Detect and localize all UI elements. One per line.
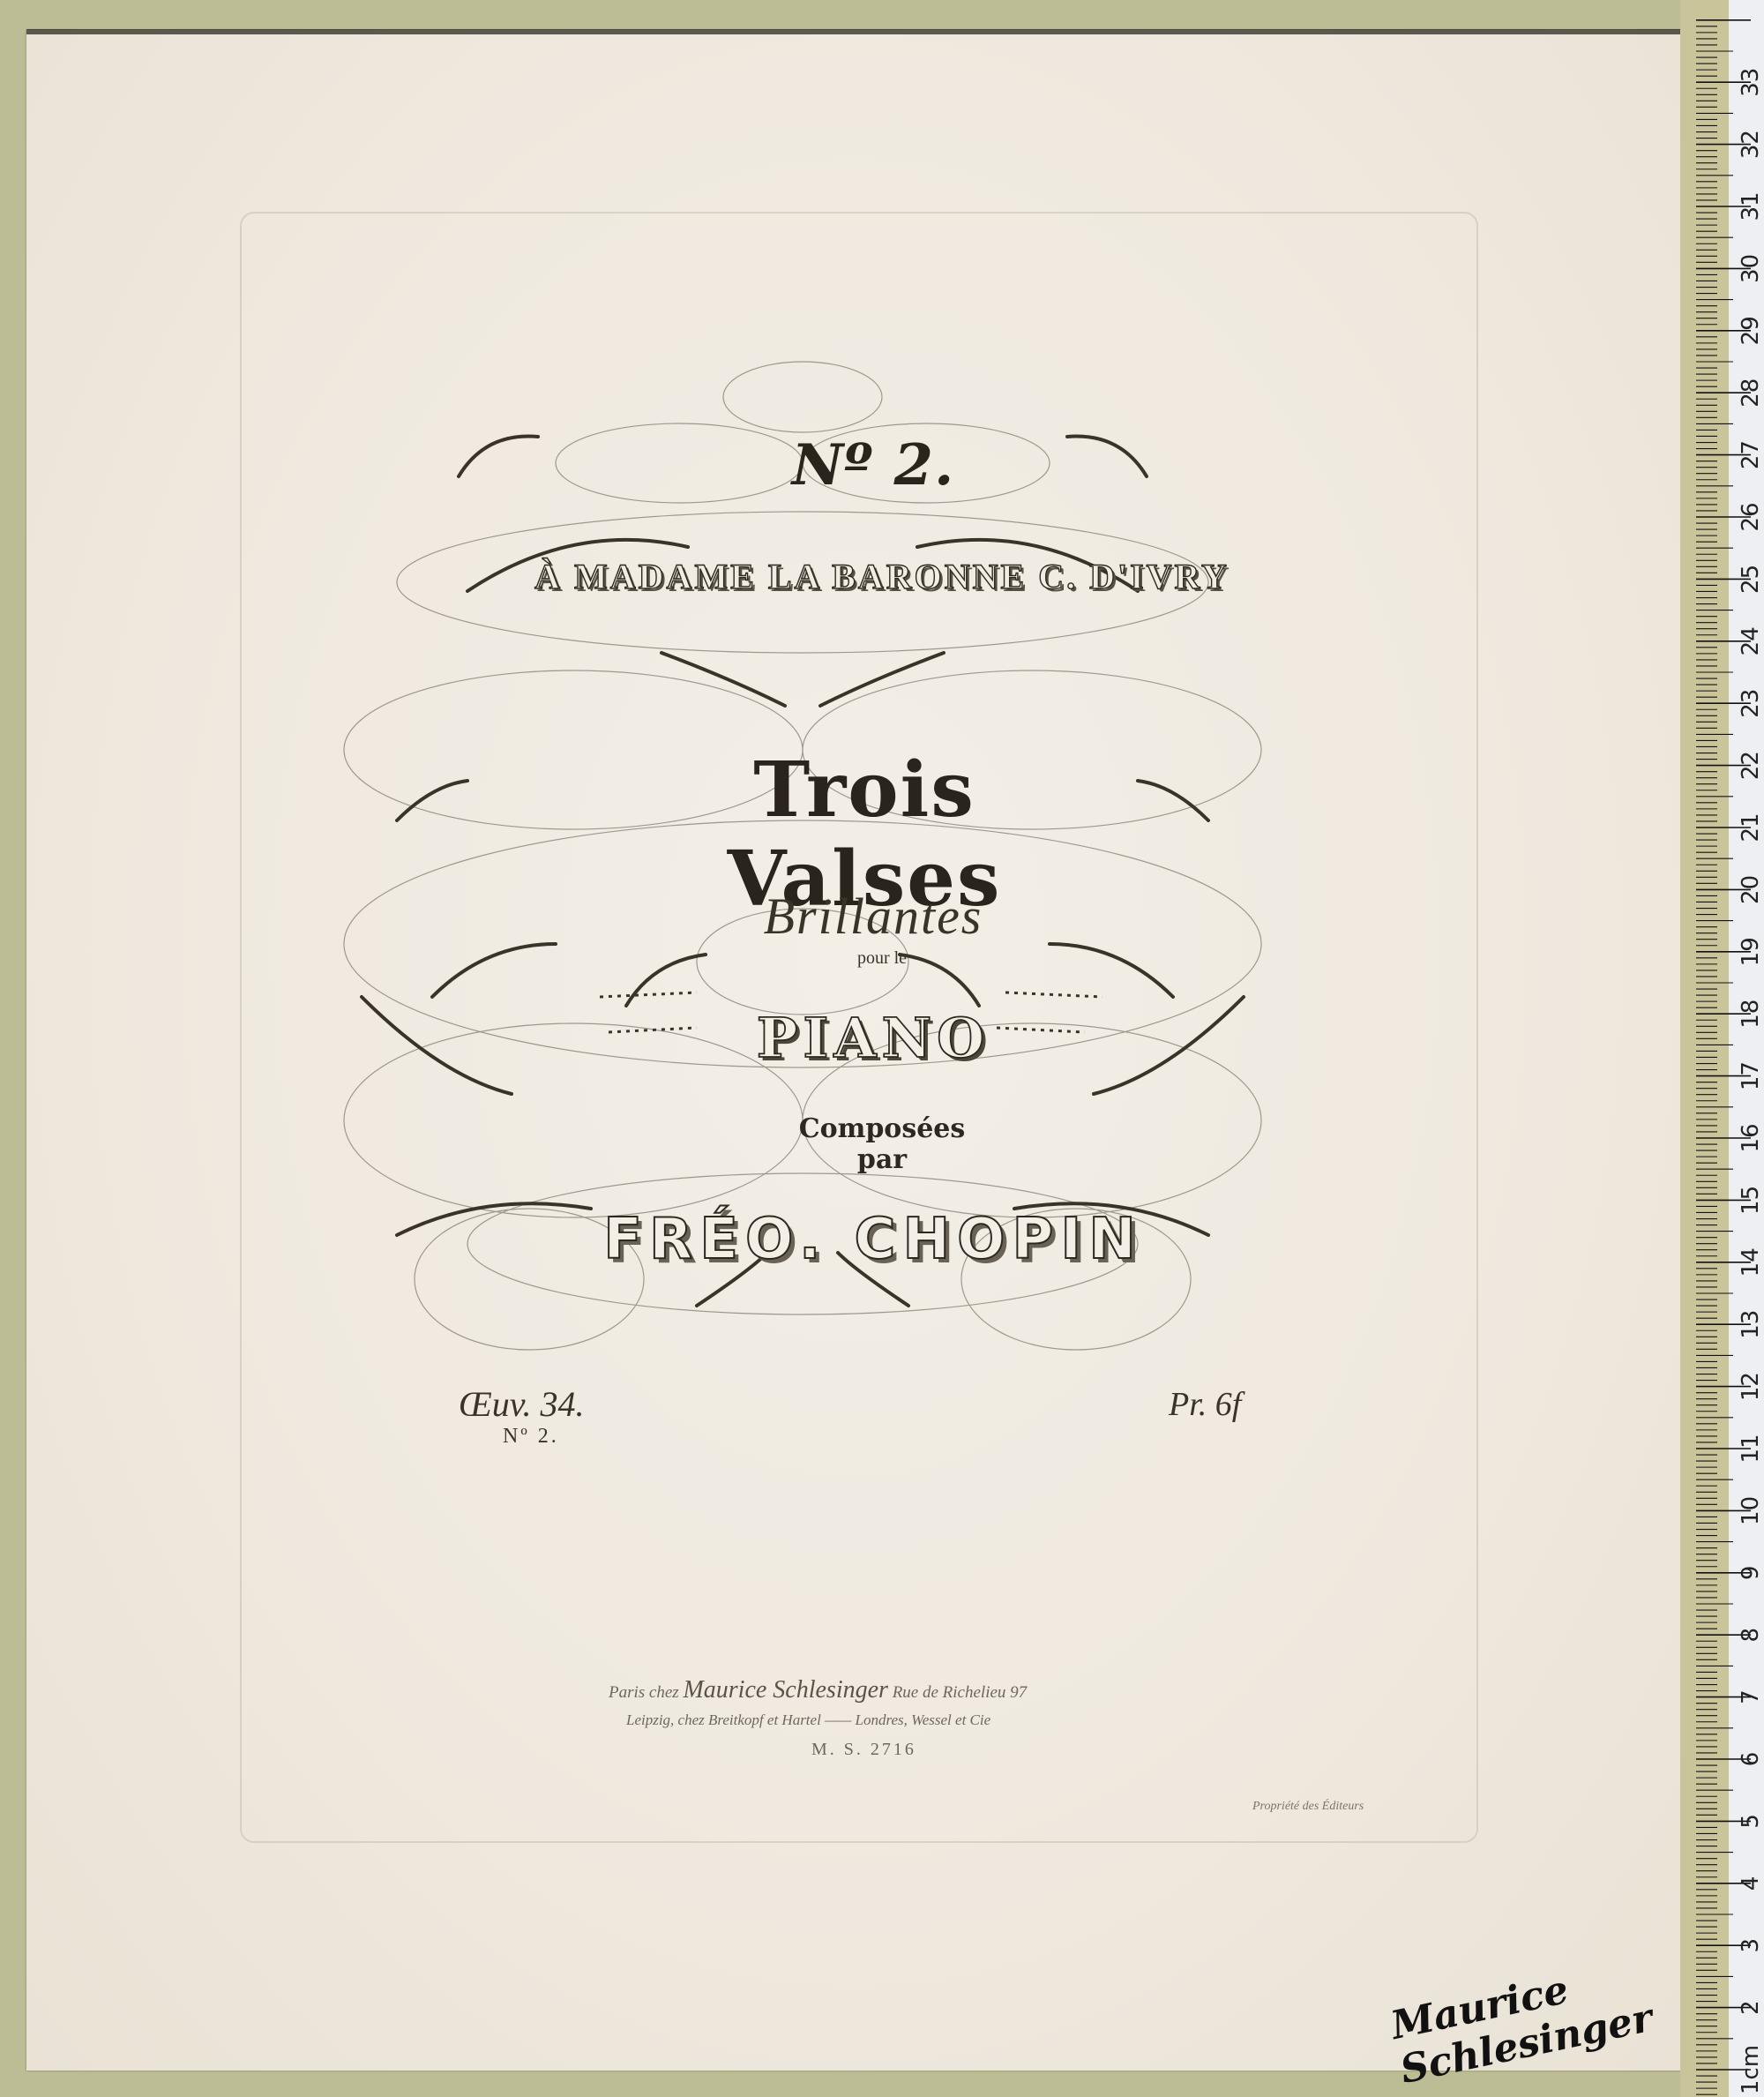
- ruler-number: 13: [1738, 1310, 1764, 1339]
- ruler-number: 22: [1738, 751, 1764, 780]
- ruler-number: 16: [1738, 1123, 1764, 1152]
- ruler-number: 20: [1738, 875, 1764, 904]
- rights-notice: Propriété des Éditeurs: [1252, 1800, 1429, 1814]
- plate-number: M. S. 2716: [811, 1740, 935, 1760]
- ruler-number: 12: [1738, 1372, 1764, 1401]
- paper-top-edge: [26, 29, 1683, 34]
- ruler-number: 9: [1738, 1566, 1764, 1581]
- publisher-line-2: Leipzig, chez Breitkopf et Hartel —— Lon…: [626, 1711, 1173, 1729]
- ruler-number: 23: [1738, 689, 1764, 718]
- publisher-line-1: Paris chez Maurice Schlesinger Rue de Ri…: [609, 1676, 1182, 1704]
- ruler-number: 3: [1738, 1938, 1764, 1953]
- ruler-number: 2: [1738, 2000, 1764, 2015]
- ruler-number: 18: [1738, 1000, 1764, 1029]
- ruler-number: 15: [1738, 1186, 1764, 1215]
- publisher-city: Paris chez: [609, 1683, 679, 1702]
- ruler-number: 10: [1738, 1496, 1764, 1525]
- ruler-number: 25: [1738, 565, 1764, 594]
- ruler-number: 19: [1738, 937, 1764, 966]
- ruler-number: 24: [1738, 626, 1764, 655]
- ruler-number: 14: [1738, 1247, 1764, 1277]
- composer-name: FRÉO. CHOPIN: [600, 1207, 1147, 1272]
- ruler-number: 27: [1738, 440, 1764, 469]
- ruler-number: 21: [1738, 813, 1764, 842]
- opus-number: Nº 2.: [503, 1425, 609, 1449]
- ruler-number: 31: [1738, 191, 1764, 221]
- ruler-number: 32: [1738, 130, 1764, 159]
- connector-text: pour le: [825, 948, 939, 969]
- measuring-ruler: 1cm2345678910111213141516171819202122232…: [1680, 0, 1764, 2097]
- ruler-number: 26: [1738, 502, 1764, 531]
- instrument: PIANO: [723, 1006, 1023, 1070]
- ruler-number: 17: [1738, 1061, 1764, 1090]
- composed-by-label: Composées par: [776, 1113, 988, 1175]
- ruler-number: 11: [1738, 1434, 1764, 1463]
- ruler-number: 1cm: [1738, 2045, 1764, 2094]
- ruler-number: 4: [1738, 1876, 1764, 1891]
- ruler-number: 6: [1738, 1752, 1764, 1767]
- dedication: À MADAME LA BARONNE C. D'IVRY: [494, 556, 1270, 597]
- ruler-number: 30: [1738, 254, 1764, 283]
- ruler-number: 33: [1738, 68, 1764, 97]
- ruler-number: 28: [1738, 378, 1764, 408]
- ruler-number: 5: [1738, 1814, 1764, 1829]
- publisher-name: Maurice Schlesinger: [683, 1676, 888, 1704]
- edition-number: Nº 2.: [776, 432, 970, 498]
- price: Pr. 6f: [1169, 1385, 1292, 1424]
- ruler-number: 8: [1738, 1628, 1764, 1643]
- ruler-ticks: 1cm2345678910111213141516171819202122232…: [1680, 0, 1764, 2097]
- opus-label: Œuv. 34.: [459, 1383, 617, 1425]
- work-subtitle: Brillantes: [723, 887, 1023, 946]
- ruler-number: 7: [1738, 1689, 1764, 1704]
- ruler-number: 29: [1738, 316, 1764, 345]
- publisher-address: Rue de Richelieu 97: [893, 1683, 1027, 1702]
